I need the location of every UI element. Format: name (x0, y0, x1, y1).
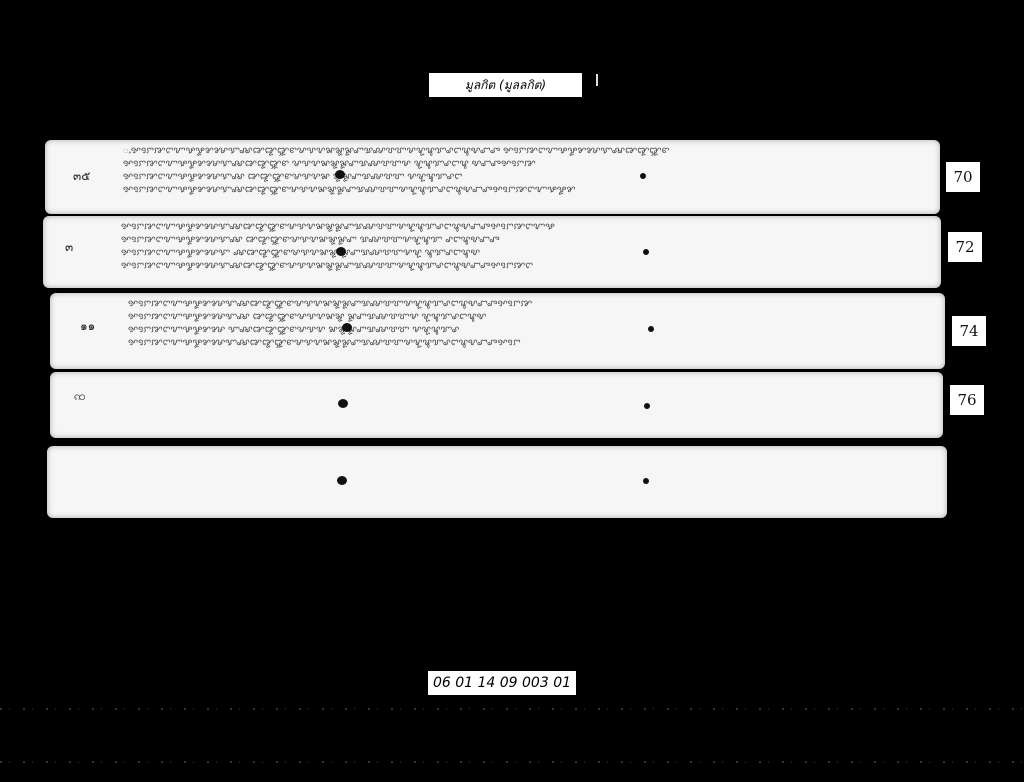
leaf-text-line: ꨀꨅꨆꨇꨈꨉꨊꨋꨌꨍꨎ ꨏꨐꨑꨒꨓꨔꨕꨖꨗꨘ ꨙꨚꨛꨜꨝꨞꨟꨠ ꨡꨢꨣꨤꨥꨦ (121, 247, 921, 260)
binding-hole (643, 478, 649, 484)
leaf-text-line: ꨀꨅꨆꨇꨈꨉꨊꨋꨌꨍꨎꨏ ꨐꨑꨒꨓꨔꨕꨖꨗ ꨘꨙꨚꨛꨜꨝꨞ ꨟꨠꨡꨢꨣꨤ (123, 171, 923, 184)
page-label-76: 76 (950, 385, 984, 415)
leaf-text-line: ꨀꨅꨆꨇꨈꨉꨊꨋꨌꨍꨎꨏꨐꨑꨒꨓꨔꨕꨖꨗꨘꨙꨚꨛꨜꨝꨞꨟꨠꨡꨢꨣꨤꨥꨦꨧꨨꨀꨅꨆ… (128, 298, 928, 311)
binding-hole (640, 173, 646, 179)
palm-leaf-2: ๓ ꨀꨅꨆꨇꨈꨉꨊꨋꨌꨍꨎꨏꨐꨑꨒꨓꨔꨕꨖꨗꨘꨙꨚꨛꨜꨝꨞꨟꨠꨡꨢꨣꨤꨥꨦꨧꨨꨀ… (43, 216, 941, 288)
binding-hole (335, 170, 345, 179)
title-label: มูลกิต (มูลลกิต) (429, 73, 582, 97)
binding-hole (338, 399, 348, 408)
palm-leaf-1: ๓๕ ꩻꨀꨅꨆꨇꨈꨉꨊꨋꨌꨍꨎꨏꨐꨑꨒꨓꨔꨕꨖꨗꨘꨙꨚꨛꨜꨝꨞꨟꨠꨡꨢꨣꨤꨥꨦꨧ… (45, 140, 940, 214)
leaf-number-marker: ๑๑ (80, 317, 95, 336)
leaf-number-marker: ๓๕ (73, 167, 90, 186)
leaf-text-line: ꨀꨅꨆꨇꨈꨉꨊꨋꨌꨍꨎꨏꨐꨑꨒꨓꨔꨕꨖꨗꨘꨙꨚꨛꨜꨝꨞꨟꨠꨡꨢꨣꨤꨥꨦꨧꨨꨀꨅꨆ (128, 337, 928, 350)
leaf-text-line: ꨀꨅꨆꨇꨈꨉꨊꨋꨌꨍꨎꨏꨐꨑꨒꨓꨔꨕꨖꨗꨘꨙꨚꨛꨜꨝꨞꨟꨠꨡꨢꨣꨤꨥꨦꨧꨨꨀꨅꨆ… (123, 184, 923, 197)
binding-hole (643, 249, 649, 255)
binding-hole (648, 326, 654, 332)
leaf-text-line: ꨀꨅꨆꨇꨈꨉꨊꨋꨌꨍꨎꨏꨐꨑꨒꨓꨔꨕꨖꨗꨘꨙꨚꨛꨜꨝꨞꨟꨠꨡꨢꨣꨤꨥꨦꨧꨨꨀꨅꨆ… (121, 260, 921, 273)
binding-hole (337, 476, 347, 485)
archive-id-label: 06 01 14 09 003 01 (428, 671, 576, 695)
marker-tick (596, 74, 598, 86)
scan-noise (0, 761, 1024, 763)
leaf-number-marker: ꩡ (74, 388, 86, 406)
leaf-text-line: ꩻꨀꨅꨆꨇꨈꨉꨊꨋꨌꨍꨎꨏꨐꨑꨒꨓꨔꨕꨖꨗꨘꨙꨚꨛꨜꨝꨞꨟꨠꨡꨢꨣꨤꨥꨦꨧꨨ ꨀ… (123, 145, 923, 158)
binding-hole (336, 247, 346, 256)
page-label-70: 70 (946, 162, 980, 192)
binding-hole (342, 323, 352, 332)
page-label-74: 74 (952, 316, 986, 346)
leaf-text-line: ꨀꨅꨆꨇꨈꨉꨊꨋꨌꨍꨎꨏ ꨐꨑꨒꨓꨔꨕꨖꨗꨘ ꨙꨚꨛꨜꨝꨞꨟ ꨠꨡꨢꨣꨤꨥꨦ (128, 311, 928, 324)
leaf-text-line: ꨀꨅꨆꨇꨈꨉꨊꨋꨌꨍꨎꨏꨐꨑꨒꨓ ꨔꨕꨖꨗꨘꨙꨚꨛꨜꨝꨞꨟ ꨠꨡꨢꨣꨤꨥ ꨦꨧꨨ… (123, 158, 923, 171)
leaf-text-line: ꨀꨅꨆꨇꨈꨉꨊꨋꨌꨍꨎꨏꨐꨑꨒꨓꨔꨕꨖꨗꨘꨙꨚꨛꨜꨝꨞꨟꨠꨡꨢꨣꨤꨥꨦꨧꨨꨀꨅꨆ… (121, 221, 921, 234)
palm-leaf-3: ๑๑ ꨀꨅꨆꨇꨈꨉꨊꨋꨌꨍꨎꨏꨐꨑꨒꨓꨔꨕꨖꨗꨘꨙꨚꨛꨜꨝꨞꨟꨠꨡꨢꨣꨤꨥꨦꨧꨨ… (50, 293, 945, 369)
palm-leaf-4: ꩡ (50, 372, 943, 438)
binding-hole (644, 403, 650, 409)
leaf-text-line: ꨀꨅꨆꨇꨈꨉꨊꨋꨌꨍꨎꨏ ꨐꨑꨒꨓꨔꨕꨖꨗꨘꨙꨚ ꨛꨜꨝꨞꨟꨠꨡꨢ ꨣꨤꨥꨦꨧꨨ (121, 234, 921, 247)
page-label-72: 72 (948, 232, 982, 262)
leaf-number-marker: ๓ (65, 238, 73, 257)
palm-leaf-5 (47, 446, 947, 518)
scan-noise (0, 708, 1024, 710)
leaf-text-line: ꨀꨅꨆꨇꨈꨉꨊꨋꨌꨍ ꨎꨏꨐꨑꨒꨓꨔꨕꨖ ꨗꨘꨙꨚꨛꨜꨝꨞ ꨟꨠꨡꨢꨣ (128, 324, 928, 337)
